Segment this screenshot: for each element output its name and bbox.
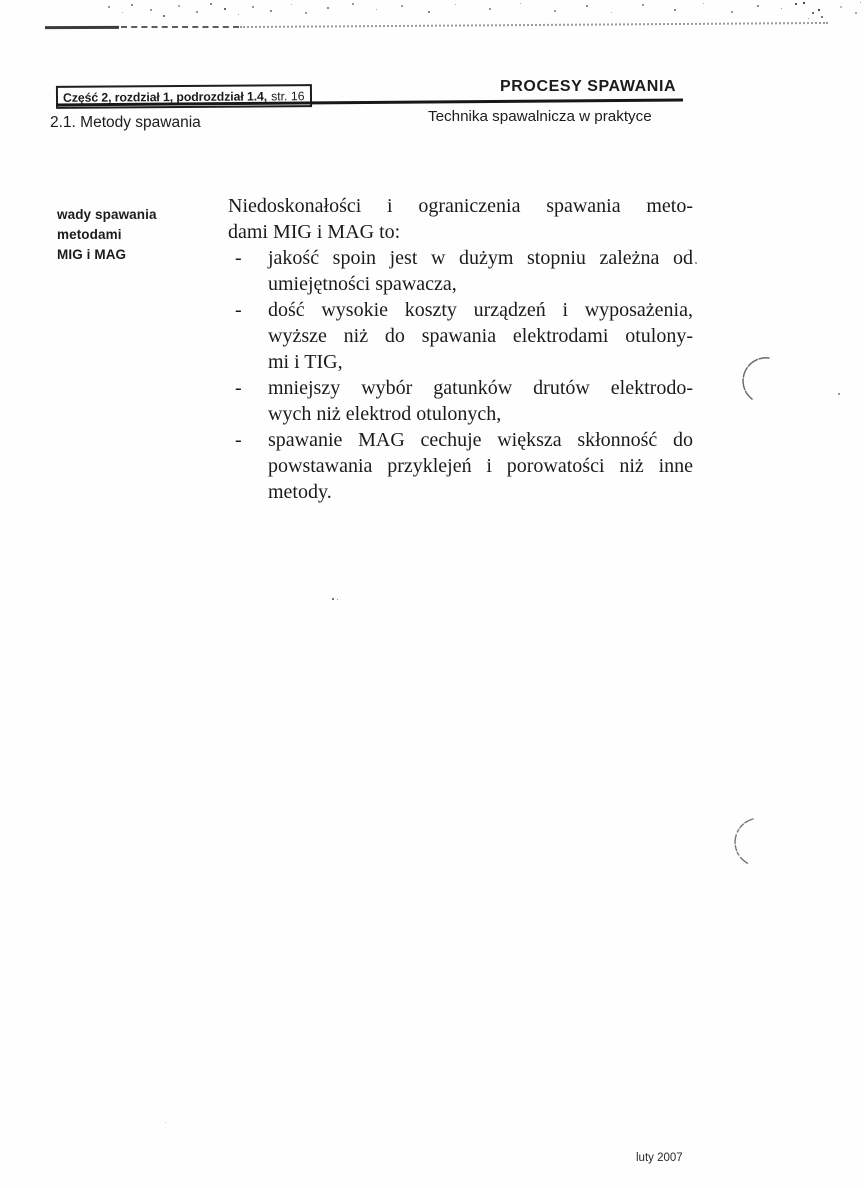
document-subtitle: Technika spawalnicza w praktyce xyxy=(428,108,652,125)
list-item: - dość wysokie koszty urządzeń i wyposaż… xyxy=(228,297,693,375)
list-item-line: metody. xyxy=(268,479,693,505)
bullet-dash: - xyxy=(235,375,242,401)
arc-path xyxy=(743,358,769,399)
margin-note-line: metodami xyxy=(57,225,157,245)
margin-note-line: wady spawania xyxy=(57,205,157,225)
list-item: - mniejszy wybór gatunków drutów elektro… xyxy=(228,375,693,427)
margin-note: wady spawania metodami MIG i MAG xyxy=(57,205,157,265)
list-item-line: powstawania przyklejeń i porowatości niż… xyxy=(268,453,693,479)
body-text: Niedoskonałości i ograniczenia spawania … xyxy=(228,193,693,505)
footer-date: luty 2007 xyxy=(636,1152,683,1164)
list-item-line: spawanie MAG cechuje większa skłonność d… xyxy=(268,427,693,453)
document-title: PROCESY SPAWANIA xyxy=(500,78,676,96)
list-item: - jakość spoin jest w dużym stopniu zale… xyxy=(228,245,693,297)
margin-note-line: MIG i MAG xyxy=(57,245,157,265)
bullet-dash: - xyxy=(235,427,242,453)
list-item-line: mi i TIG, xyxy=(268,349,693,375)
bullet-dash: - xyxy=(235,297,242,323)
scan-arc-artifact xyxy=(726,812,780,876)
arc-path xyxy=(735,819,753,864)
list-item-line: wyższe niż do spawania elektrodami otulo… xyxy=(268,323,693,349)
list-item-line: wych niż elektrod otulonych, xyxy=(268,401,693,427)
scan-noise-line-dark xyxy=(45,26,119,29)
list-item: - spawanie MAG cechuje większa skłonność… xyxy=(228,427,693,505)
paragraph-line: Niedoskonałości i ograniczenia spawania … xyxy=(228,193,693,219)
list-item-line: mniejszy wybór gatunków drutów elektrodo… xyxy=(268,375,693,401)
scan-arc-artifact xyxy=(728,350,792,410)
scan-speckles-fine xyxy=(0,0,1,1)
list-item-line: umiejętności spawacza, xyxy=(268,271,693,297)
list-item-line: dość wysokie koszty urządzeń i wyposażen… xyxy=(268,297,693,323)
bullet-dash: - xyxy=(235,245,242,271)
scan-noise-line-dotted xyxy=(240,22,828,28)
section-heading: 2.1. Metody spawania xyxy=(50,114,201,132)
list-item-line: jakość spoin jest w dużym stopniu zależn… xyxy=(268,245,693,271)
paragraph-line: dami MIG i MAG to: xyxy=(228,219,693,245)
scan-noise-line-dashed xyxy=(121,26,239,28)
scanned-document-page: Część 2, rozdział 1, podrozdział 1.4, st… xyxy=(0,0,864,1188)
